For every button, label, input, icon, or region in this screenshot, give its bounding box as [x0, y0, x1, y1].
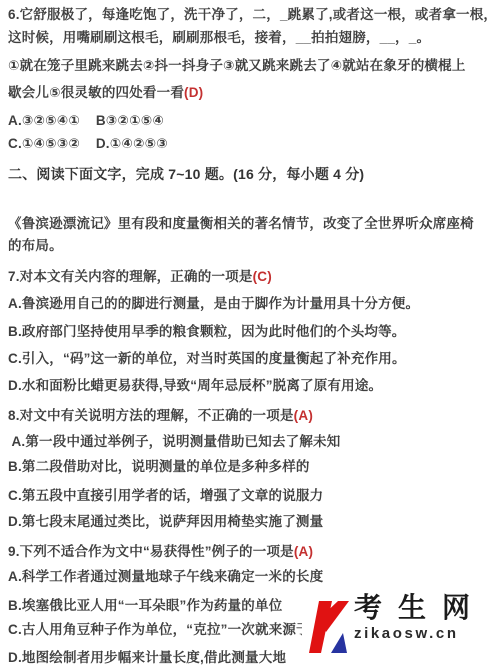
zikaosw-watermark: 考生网 zikaosw.cn — [302, 584, 489, 665]
watermark-site-url: zikaosw.cn — [354, 625, 486, 642]
q8-option-b: B.第二段借助对比，说明测量的单位是多种多样的 — [8, 458, 310, 476]
q8-answer-key: (A) — [294, 408, 313, 423]
q9-option-b: B.埃塞俄比亚人用“一耳朵眼”作为药量的单位 — [8, 597, 282, 615]
q7-option-a: A.鲁滨逊用自己的的脚进行测量，是由于脚作为计量用具十分方便。 — [8, 295, 419, 313]
q7-stem: 7.对本文有关内容的理解，正确的一项是(C) — [8, 268, 272, 286]
q8-option-a: A.第一段中通过举例子，说明测量借助已知去了解未知 — [8, 433, 340, 451]
q6-options-ab: A.③②⑤④① B③②①⑤④ — [8, 112, 164, 130]
q7-answer-key: (C) — [253, 269, 272, 284]
q7-stem-text: 7.对本文有关内容的理解，正确的一项是 — [8, 269, 253, 284]
kaoshengwang-k-logo-icon — [309, 601, 349, 653]
q8-stem-text: 8.对文中有关说明方法的理解，不正确的一项是 — [8, 408, 294, 423]
q6-items-text: 歇会儿⑤很灵敏的四处看一看 — [8, 85, 184, 100]
q6-options-cd: C.①④⑤③② D.①④②⑤③ — [8, 135, 168, 153]
q8-stem: 8.对文中有关说明方法的理解，不正确的一项是(A) — [8, 407, 313, 425]
q6-answer-key: (D) — [184, 85, 203, 100]
q8-option-c: C.第五段中直接引用学者的话，增强了文章的说服力 — [8, 487, 323, 505]
section2-heading: 二、阅读下面文字，完成 7~10 题。(16 分，每小题 4 分) — [8, 165, 364, 183]
passage-line2: 的布局。 — [8, 237, 63, 255]
q7-option-b: B.政府部门坚持使用早季的粮食颗粒，因为此时他们的个头均等。 — [8, 323, 406, 341]
q9-option-c: C.古人用角豆种子作为单位，“克拉”一次就来源于 — [8, 621, 310, 639]
q9-answer-key: (A) — [294, 544, 313, 559]
q6-items-line2: 歇会儿⑤很灵敏的四处看一看(D) — [8, 84, 203, 102]
passage-line1: 《鲁滨逊漂流记》里有段和度量衡相关的著名情节，改变了全世界听众席座椅 — [8, 215, 474, 233]
q9-option-a: A.科学工作者通过测量地球子午线来确定一米的长度 — [8, 568, 323, 586]
exam-paper-photo: 6.它舒服极了，每逢吃饱了，洗干净了，二，_跳累了,或者这一根，或者拿一根， 这… — [0, 0, 489, 665]
q8-option-d: D.第七段末尾通过类比，说萨拜因用椅垫实施了测量 — [8, 513, 323, 531]
q6-stem-line1: 6.它舒服极了，每逢吃饱了，洗干净了，二，_跳累了,或者这一根，或者拿一根， — [8, 6, 489, 24]
q9-option-d: D.地图绘制者用步幅来计量长度,借此测量大地 — [8, 649, 286, 665]
q9-stem-text: 9.下列不适合作为文中“易获得性”例子的一项是 — [8, 544, 294, 559]
q9-stem: 9.下列不适合作为文中“易获得性”例子的一项是(A) — [8, 543, 313, 561]
q7-option-d: D.水和面粉比蜡更易获得,导致“周年忌辰杯”脱离了原有用途。 — [8, 377, 382, 395]
watermark-text-block: 考生网 zikaosw.cn — [354, 592, 486, 642]
q6-items-line1: ①就在笼子里跳来跳去②抖一抖身子③就又跳来跳去了④就站在象牙的横棍上 — [8, 57, 466, 75]
q6-stem-line2: 这时候，用嘴刷刷这根毛，刷刷那根毛，接着，__拍拍翅膀，__，_。 — [8, 29, 430, 47]
q7-option-c: C.引入，“码”这一新的单位，对当时英国的度量衡起了补充作用。 — [8, 350, 406, 368]
watermark-site-name: 考生网 — [354, 592, 486, 624]
